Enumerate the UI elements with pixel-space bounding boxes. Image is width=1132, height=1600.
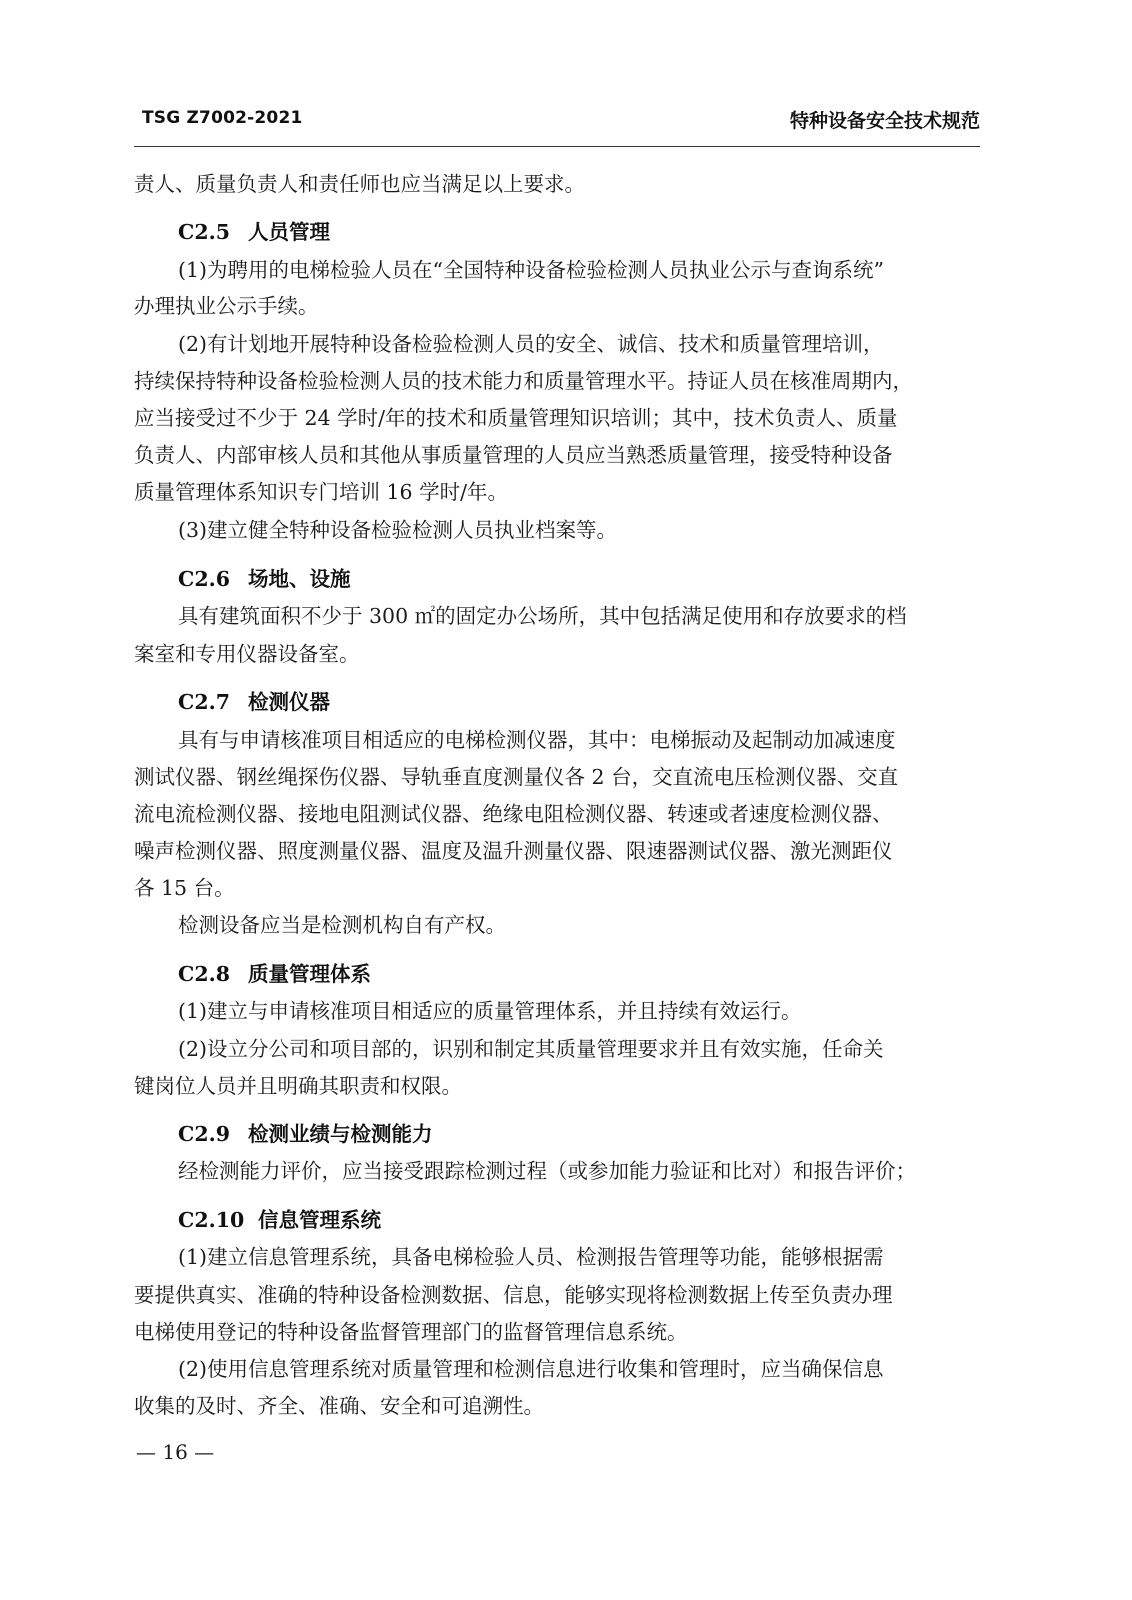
paragraph-line: 电梯使用登记的特种设备监督管理部门的监督管理信息系统。 [134, 1318, 688, 1346]
paragraph-line: 键岗位人员并且明确其职责和权限。 [134, 1072, 462, 1100]
section-title: 人员管理 [248, 220, 330, 244]
section-title: 场地、设施 [248, 567, 351, 591]
section-heading-c2-5: C2.5人员管理 [178, 218, 330, 246]
paragraph-line: 负责人、内部审核人员和其他从事质量管理的人员应当熟悉质量管理，接受特种设备 [134, 441, 893, 469]
section-number: C2.10 [178, 1206, 258, 1234]
paragraph-line: (1)建立与申请核准项目相适应的质量管理体系，并且持续有效运行。 [178, 997, 802, 1025]
section-title: 检测业绩与检测能力 [248, 1122, 433, 1146]
paragraph-line: 具有建筑面积不少于 300 ㎡的固定办公场所，其中包括满足使用和存放要求的档 [178, 602, 907, 630]
section-heading-c2-10: C2.10信息管理系统 [178, 1206, 381, 1234]
section-heading-c2-6: C2.6场地、设施 [178, 565, 351, 593]
paragraph-line: (2)有计划地开展特种设备检验检测人员的安全、诚信、技术和质量管理培训， [178, 330, 884, 358]
paragraph-line: 要提供真实、准确的特种设备检测数据、信息，能够实现将检测数据上传至负责办理 [134, 1281, 893, 1309]
paragraph-line: 噪声检测仪器、照度测量仪器、温度及温升测量仪器、限速器测试仪器、激光测距仪 [134, 837, 893, 865]
paragraph-line: 应当接受过不少于 24 学时/年的技术和质量管理知识培训；其中，技术负责人、质量 [134, 404, 898, 432]
paragraph-line: 责人、质量负责人和责任师也应当满足以上要求。 [134, 170, 585, 198]
paragraph-line: 流电流检测仪器、接地电阻测试仪器、绝缘电阻检测仪器、转速或者速度检测仪器、 [134, 800, 893, 828]
section-number: C2.8 [178, 960, 248, 988]
document-code: TSG Z7002-2021 [142, 108, 303, 128]
section-number: C2.5 [178, 218, 248, 246]
section-number: C2.9 [178, 1120, 248, 1148]
paragraph-line: (1)建立信息管理系统，具备电梯检验人员、检测报告管理等功能，能够根据需 [178, 1243, 884, 1271]
page-header: TSG Z7002-2021 特种设备安全技术规范 [134, 100, 980, 144]
section-heading-c2-9: C2.9检测业绩与检测能力 [178, 1120, 433, 1148]
paragraph-line: 经检测能力评价，应当接受跟踪检测过程（或参加能力验证和比对）和报告评价； [178, 1157, 916, 1185]
document-category: 特种设备安全技术规范 [790, 106, 980, 133]
section-title: 检测仪器 [248, 690, 330, 714]
paragraph-line: (1)为聘用的电梯检验人员在“全国特种设备检验检测人员执业公示与查询系统” [178, 256, 884, 284]
paragraph-line: 案室和专用仪器设备室。 [134, 640, 360, 668]
paragraph-line: 具有与申请核准项目相适应的电梯检测仪器，其中：电梯振动及起制动加减速度 [178, 726, 896, 754]
paragraph-line: 测试仪器、钢丝绳探伤仪器、导轨垂直度测量仪各 2 台，交直流电压检测仪器、交直 [134, 763, 898, 791]
section-number: C2.7 [178, 688, 248, 716]
section-title: 质量管理体系 [248, 962, 371, 986]
paragraph-line: 办理执业公示手续。 [134, 292, 319, 320]
section-number: C2.6 [178, 565, 248, 593]
page-number: — 16 — [136, 1440, 214, 1464]
header-divider [134, 146, 980, 147]
paragraph-line: 持续保持特种设备检验检测人员的技术能力和质量管理水平。持证人员在核准周期内， [134, 367, 913, 395]
section-heading-c2-7: C2.7检测仪器 [178, 688, 330, 716]
section-title: 信息管理系统 [258, 1208, 381, 1232]
paragraph-line: 检测设备应当是检测机构自有产权。 [178, 911, 506, 939]
paragraph-line: 质量管理体系知识专门培训 16 学时/年。 [134, 478, 508, 506]
paragraph-line: 各 15 台。 [134, 874, 235, 902]
paragraph-line: (2)使用信息管理系统对质量管理和检测信息进行收集和管理时，应当确保信息 [178, 1355, 884, 1383]
paragraph-line: 收集的及时、齐全、准确、安全和可追溯性。 [134, 1392, 544, 1420]
paragraph-line: (2)设立分公司和项目部的，识别和制定其质量管理要求并且有效实施，任命关 [178, 1035, 884, 1063]
section-heading-c2-8: C2.8质量管理体系 [178, 960, 371, 988]
paragraph-line: (3)建立健全特种设备检验检测人员执业档案等。 [178, 516, 617, 544]
